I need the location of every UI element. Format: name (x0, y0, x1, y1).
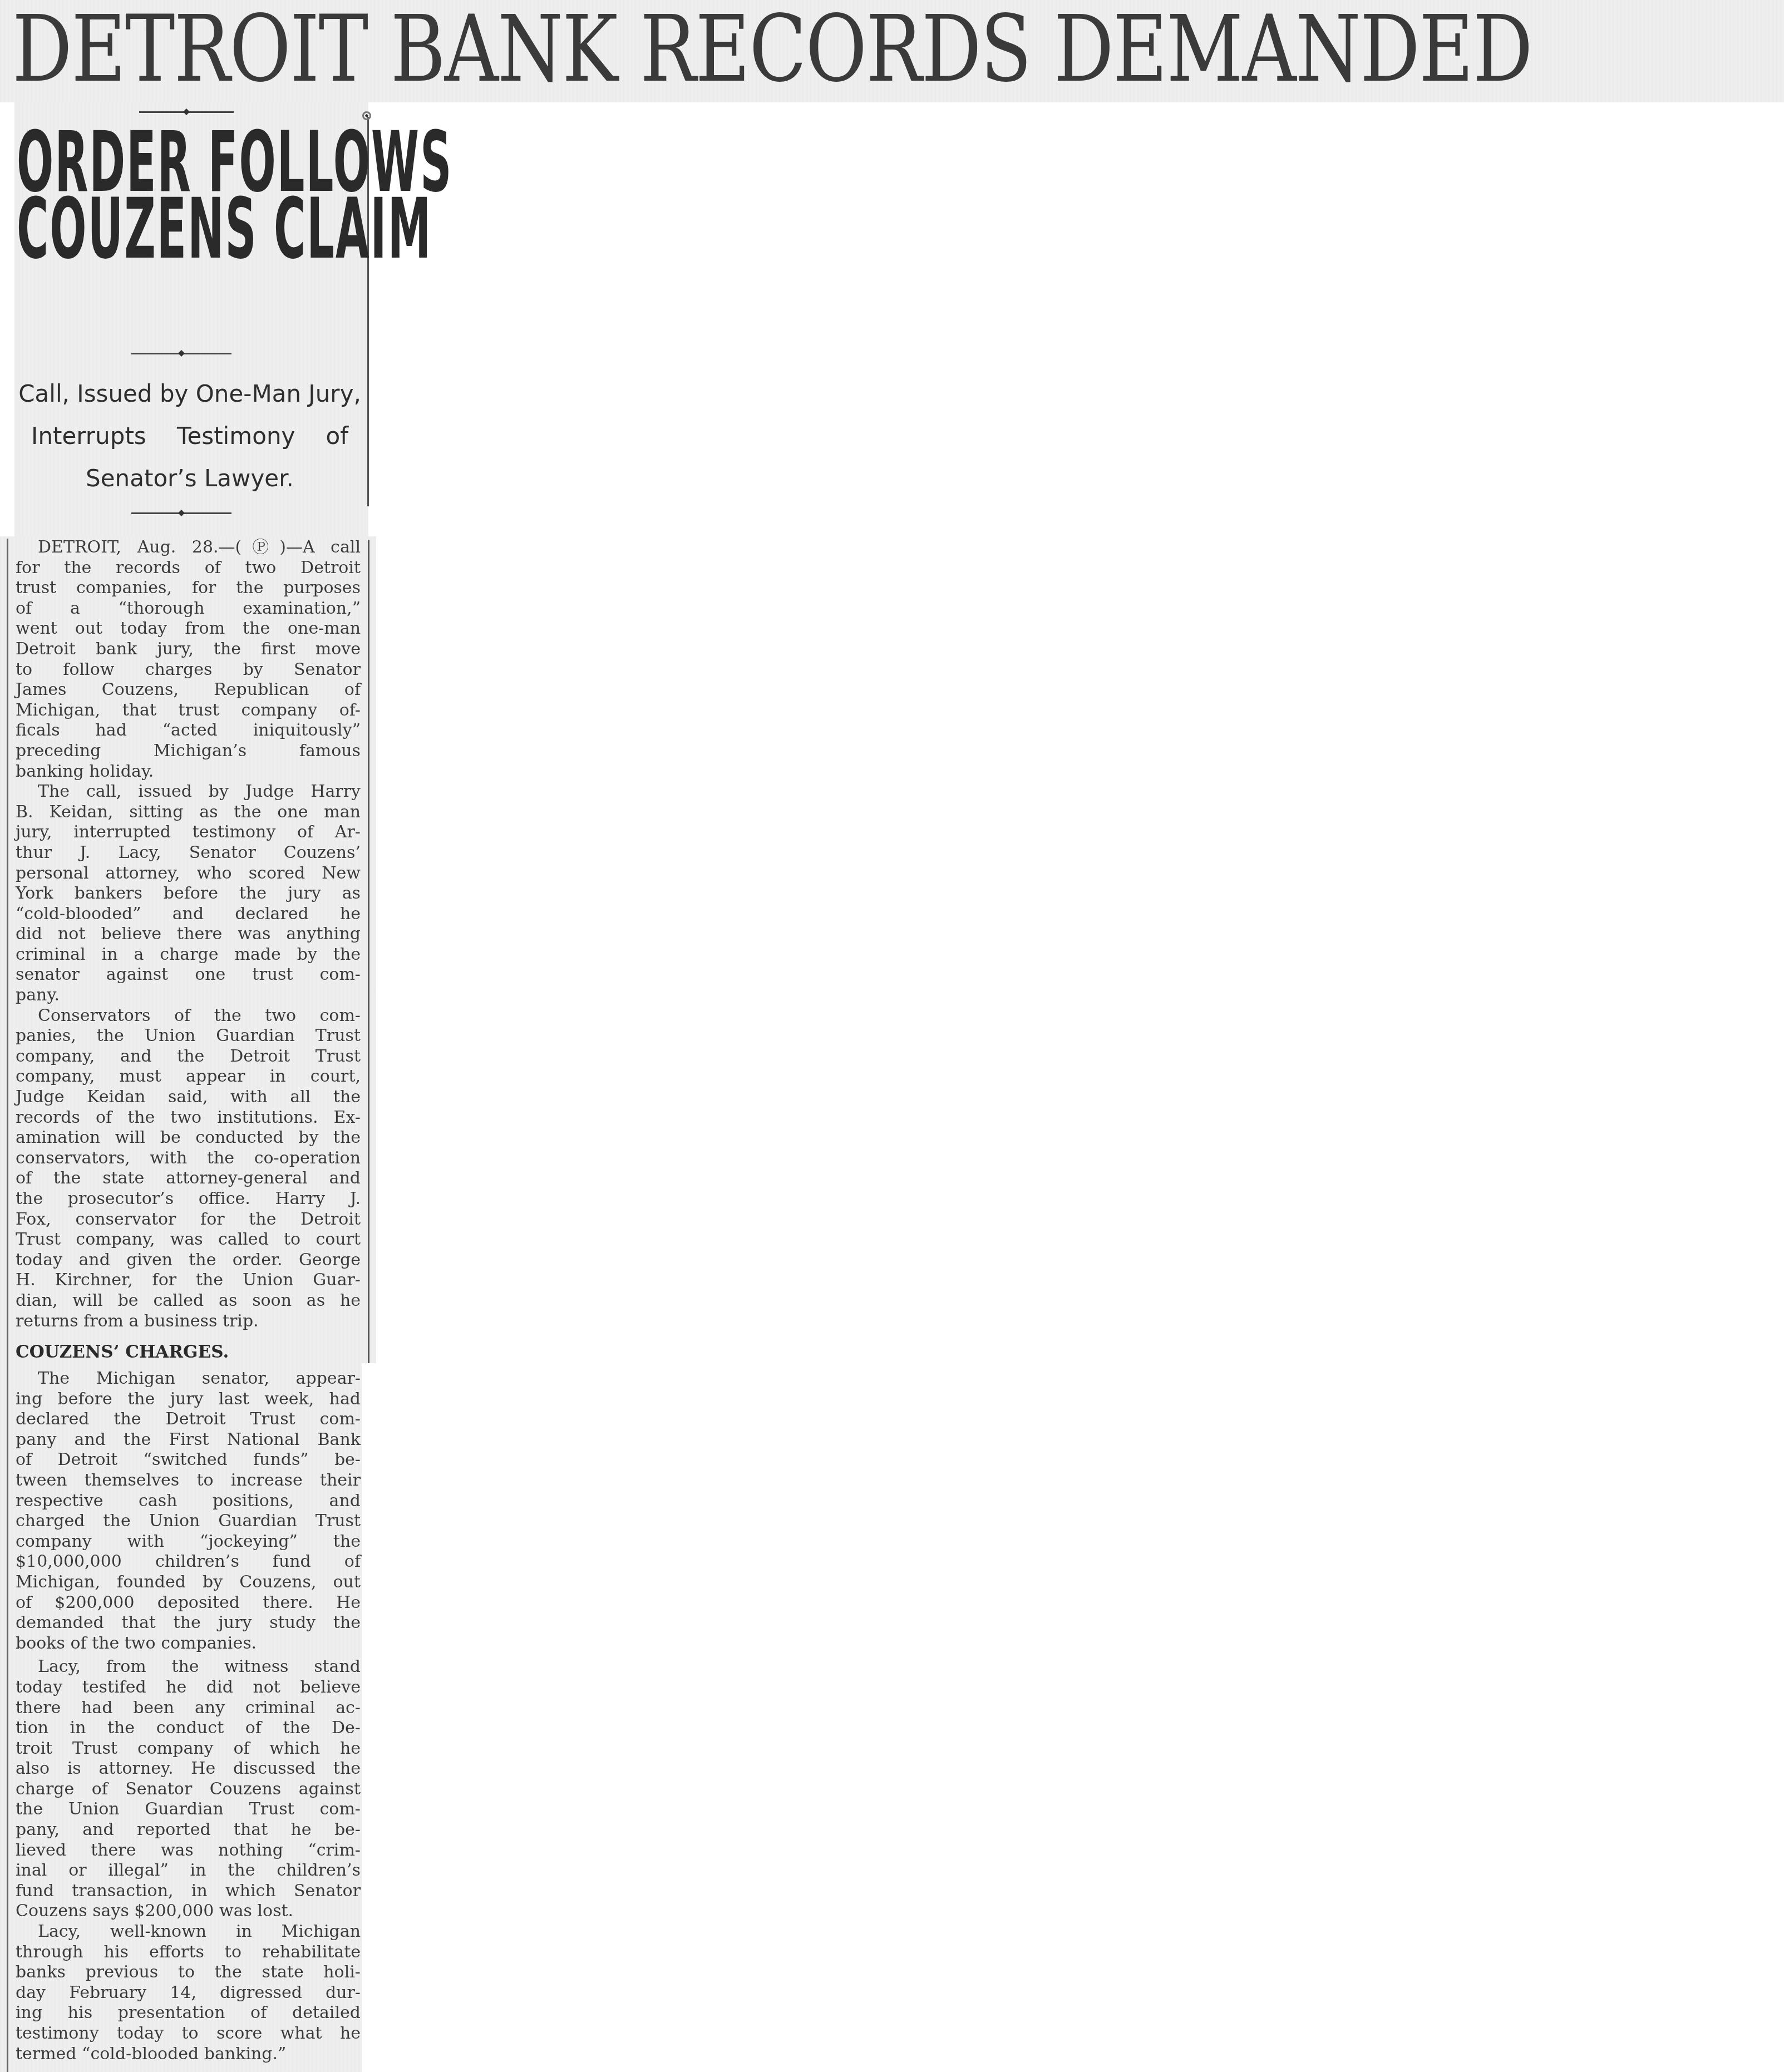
text-line: day February 14, digressed dur- (16, 1983, 361, 2004)
text-line: The call, issued by Judge Harry (16, 782, 361, 802)
text-line: The Michigan senator, appear- (16, 1369, 361, 1389)
text-line: criminal in a charge made by the (16, 945, 361, 965)
text-line: pany, and reported that he be- (16, 1820, 361, 1841)
text-line: tween themselves to increase their (16, 1471, 361, 1491)
text-line: went out today from the one-man (16, 619, 361, 639)
deck-headline-line-2: COUZENS CLAIM (17, 195, 364, 264)
text-line: there had been any criminal ac- (16, 1698, 361, 1719)
text-line: senator against one trust com- (16, 965, 361, 985)
text-line: Michigan, founded by Couzens, out (16, 1572, 361, 1593)
text-line: respective cash positions, and (16, 1491, 361, 1512)
text-line: “cold-blooded” and declared he (16, 904, 361, 925)
text-line: pany. (16, 985, 361, 1006)
text-line: James Couzens, Republican of (16, 680, 361, 700)
dash-ornament-icon (131, 512, 231, 514)
text-line: inal or illegal” in the children’s (16, 1861, 361, 1881)
column-rule-right-lower (368, 540, 369, 1363)
text-line: York bankers before the jury as (16, 884, 361, 904)
text-line: through his efforts to rehabilitate (16, 1942, 361, 1963)
text-line: charge of Senator Couzens against (16, 1779, 361, 1800)
paragraph: The call, issued by Judge Harry B. Keida… (16, 782, 361, 1006)
text-line: books of the two companies. (16, 1634, 361, 1654)
text-line: trust companies, for the purposes (16, 578, 361, 599)
text-line: declared the Detroit Trust com- (16, 1409, 361, 1430)
text-line: DETROIT, Aug. 28.—(Ⓟ)—A call (16, 537, 361, 558)
text-line: $10,000,000 children’s fund of (16, 1552, 361, 1572)
text-line: Fox, conservator for the Detroit (16, 1210, 361, 1230)
text-line: ing before the jury last week, had (16, 1389, 361, 1410)
text-line: Lacy, well-known in Michigan (16, 1922, 361, 1942)
text-line: of a “thorough examination,” (16, 599, 361, 619)
subdeck-word: Interrupts (31, 415, 146, 457)
text-line: of the state attorney-general and (16, 1168, 361, 1189)
text-line: banking holiday. (16, 762, 361, 782)
dash-ornament-icon (139, 111, 234, 113)
article-body-lower: The Michigan senator, appear- ing before… (16, 1369, 361, 2064)
text-line: pany and the First National Bank (16, 1430, 361, 1451)
text-line: demanded that the jury study the (16, 1613, 361, 1634)
column-rule-left (7, 539, 8, 2072)
text-line: company, must appear in court, (16, 1067, 361, 1087)
dash-ornament-icon (131, 353, 231, 354)
text-line: tion in the conduct of the De- (16, 1718, 361, 1739)
text-line: B. Keidan, sitting as the one man (16, 802, 361, 823)
article-body-upper: DETROIT, Aug. 28.—(Ⓟ)—A call for the rec… (16, 537, 361, 1331)
text-line: thur J. Lacy, Senator Couzens’ (16, 843, 361, 864)
subdeck-line-3: Senator’s Lawyer. (14, 457, 365, 500)
text-line: amination will be conducted by the (16, 1128, 361, 1148)
text-line: the Union Guardian Trust com- (16, 1799, 361, 1820)
text-line: for the records of two Detroit (16, 558, 361, 579)
text-line: personal attorney, who scored New (16, 864, 361, 884)
text-line: banks previous to the state holi- (16, 1962, 361, 1983)
text-line: Judge Keidan said, with all the (16, 1087, 361, 1108)
text-line: the prosecutor’s office. Harry J. (16, 1189, 361, 1210)
text-line: Detroit bank jury, the first move (16, 639, 361, 660)
text-line: dian, will be called as soon as he (16, 1291, 361, 1311)
text-line: Trust company, was called to court (16, 1230, 361, 1250)
text-line: ing his presentation of detailed (16, 2003, 361, 2024)
text-line: of $200,000 deposited there. He (16, 1593, 361, 1614)
text-line: returns from a business trip. (16, 1311, 361, 1332)
main-headline: DETROIT BANK RECORDS DEMANDED (12, 8, 1458, 91)
text-line: charged the Union Guardian Trust (16, 1511, 361, 1532)
text-line: troit Trust company of which he (16, 1739, 361, 1759)
text-line: today testifed he did not believe (16, 1678, 361, 1698)
text-line: Michigan, that trust company of- (16, 700, 361, 721)
text-line: did not believe there was anything (16, 924, 361, 945)
text-line: to follow charges by Senator (16, 660, 361, 680)
paragraph: Lacy, from the witness stand today testi… (16, 1657, 361, 1922)
paragraph: Conservators of the two com- panies, the… (16, 1006, 361, 1332)
text-line: jury, interrupted testimony of Ar- (16, 822, 361, 843)
text-line: fund transaction, in which Senator (16, 1881, 361, 1902)
text-line: today and given the order. George (16, 1250, 361, 1271)
subdeck-line-1: Call, Issued by One-Man Jury, (14, 373, 365, 415)
text-line: company, and the Detroit Trust (16, 1047, 361, 1067)
text-line: also is attorney. He discussed the (16, 1759, 361, 1779)
paragraph: DETROIT, Aug. 28.—(Ⓟ)—A call for the rec… (16, 537, 361, 782)
subdeck-word: Testimony (177, 415, 295, 457)
text-line: Lacy, from the witness stand (16, 1657, 361, 1678)
text-line: preceding Michigan’s famous (16, 741, 361, 762)
text-line: panies, the Union Guardian Trust (16, 1026, 361, 1047)
text-line: testimony today to score what he (16, 2024, 361, 2044)
text-line: of Detroit “switched funds” be- (16, 1450, 361, 1471)
text-line: conservators, with the co-operation (16, 1148, 361, 1169)
subdeck-word: of (326, 415, 348, 457)
text-line: Conservators of the two com- (16, 1006, 361, 1027)
subdeck-line-2: Interrupts Testimony of (14, 415, 365, 457)
text-line: H. Kirchner, for the Union Guar- (16, 1270, 361, 1291)
text-line: Couzens says $200,000 was lost. (16, 1901, 361, 1922)
text-line: records of the two institutions. Ex- (16, 1108, 361, 1128)
paragraph: Lacy, well-known in Michigan through his… (16, 1922, 361, 2064)
text-line: ficals had “acted iniquitously” (16, 721, 361, 741)
text-line: company with “jockeying” the (16, 1532, 361, 1552)
paragraph: The Michigan senator, appear- ing before… (16, 1369, 361, 1654)
text-line: lieved there was nothing “crim- (16, 1841, 361, 1861)
text-line: termed “cold-blooded banking.” (16, 2044, 361, 2065)
subdeck: Call, Issued by One-Man Jury, Interrupts… (14, 373, 365, 500)
section-subhead: COUZENS’ CHARGES. (16, 1342, 361, 1362)
